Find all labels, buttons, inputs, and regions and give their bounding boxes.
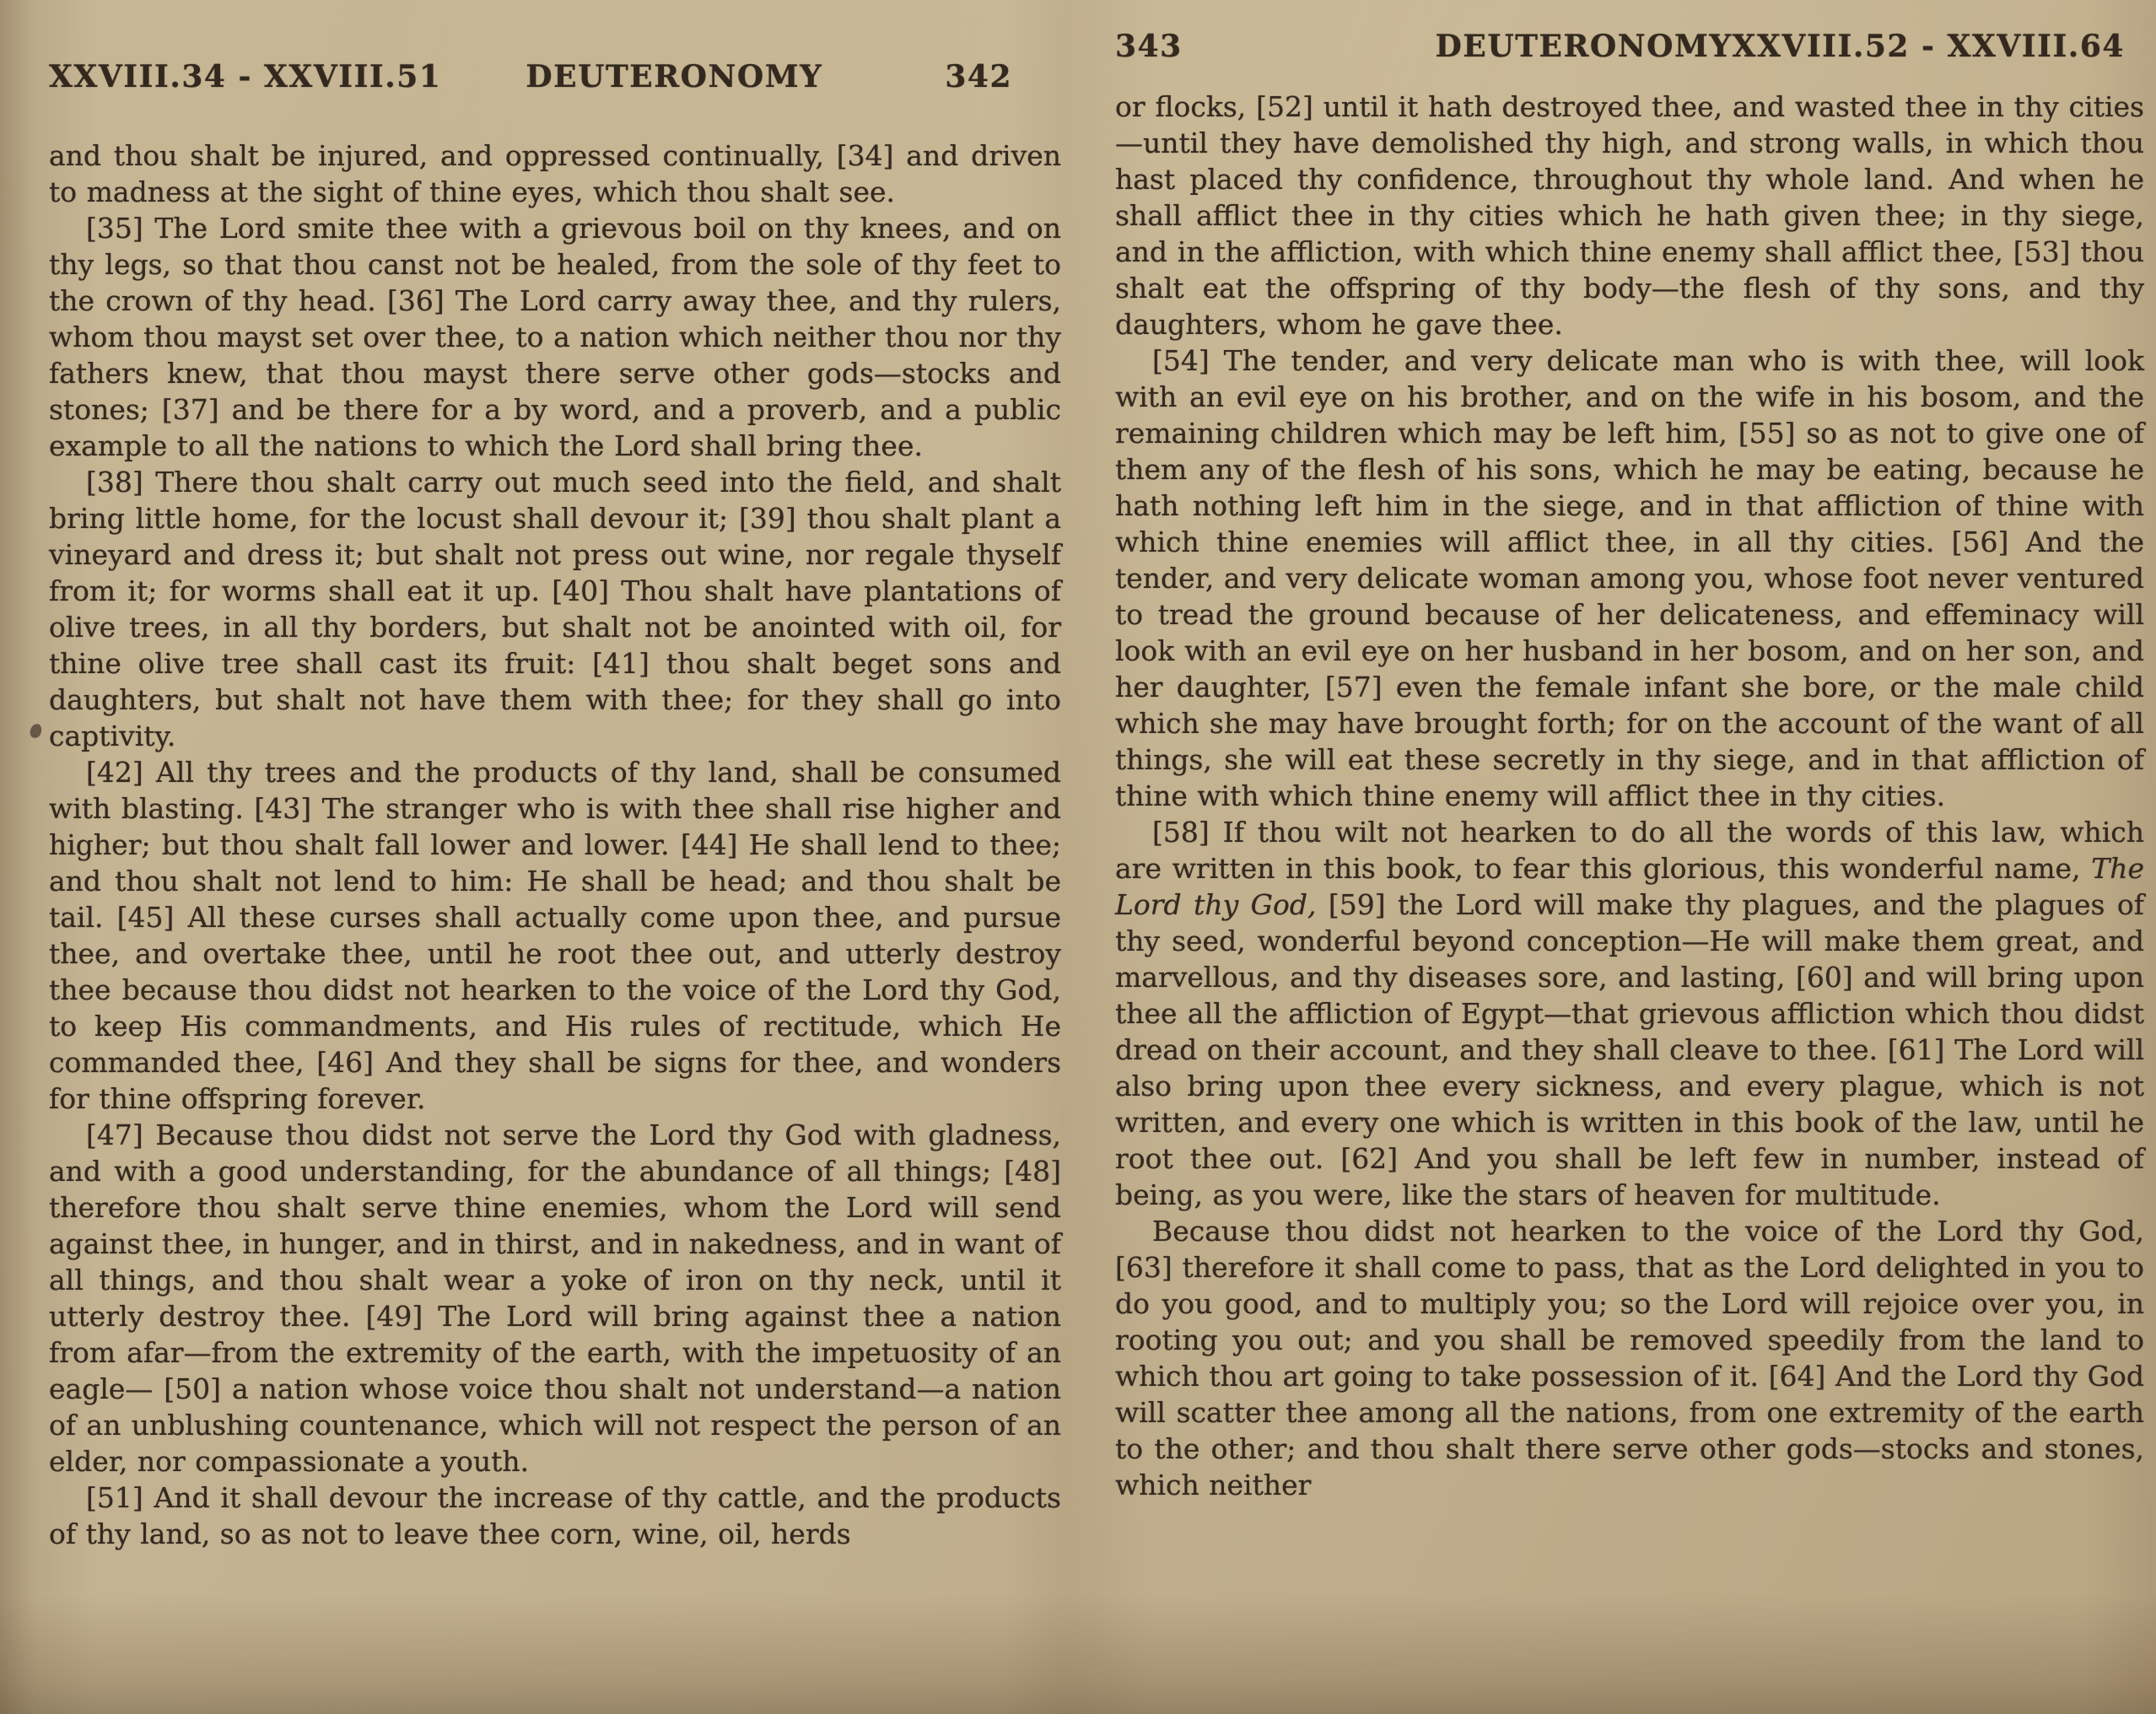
right-page-header: 343 DEUTERONOMY XXVIII.52 - XXVIII.64 xyxy=(1115,29,2144,65)
left-text-column: and thou shalt be injured, and oppressed… xyxy=(49,137,1061,1552)
left-page: XXVIII.34 - XXVIII.51 DEUTERONOMY 342 an… xyxy=(49,59,1061,1552)
left-page-header: XXVIII.34 - XXVIII.51 DEUTERONOMY 342 xyxy=(49,59,1061,95)
paragraph: or flocks, [52] until it hath destroyed … xyxy=(1115,89,2144,342)
paragraph: [54] The tender, and very delicate man w… xyxy=(1115,342,2144,814)
right-text-column: or flocks, [52] until it hath destroyed … xyxy=(1115,89,2144,1503)
paragraph: [47] Because thou didst not serve the Lo… xyxy=(49,1117,1061,1480)
paragraph: [38] There thou shalt carry out much see… xyxy=(49,464,1061,754)
page-number: 342 xyxy=(945,59,1012,95)
right-page: 343 DEUTERONOMY XXVIII.52 - XXVIII.64 or… xyxy=(1115,29,2144,1503)
paragraph: [42] All thy trees and the products of t… xyxy=(49,754,1061,1117)
book-title: DEUTERONOMY xyxy=(526,59,822,95)
paragraph: [35] The Lord smite thee with a grievous… xyxy=(49,210,1061,464)
paragraph: and thou shalt be injured, and oppressed… xyxy=(49,137,1061,210)
book-title: DEUTERONOMY xyxy=(1436,29,1733,65)
paragraph: [51] And it shall devour the increase of… xyxy=(49,1480,1061,1552)
book-scan: { "colors": { "paper": "#c2b190", "ink":… xyxy=(0,0,2156,1714)
paragraph: Because thou didst not hearken to the vo… xyxy=(1115,1213,2144,1503)
paragraph: [58] If thou wilt not hearken to do all … xyxy=(1115,814,2144,1213)
verse-range: XXVIII.34 - XXVIII.51 xyxy=(49,59,441,95)
verse-range: XXVIII.52 - XXVIII.64 xyxy=(1733,29,2125,65)
margin-ink-mark xyxy=(29,723,42,739)
page-number: 343 xyxy=(1115,29,1183,65)
